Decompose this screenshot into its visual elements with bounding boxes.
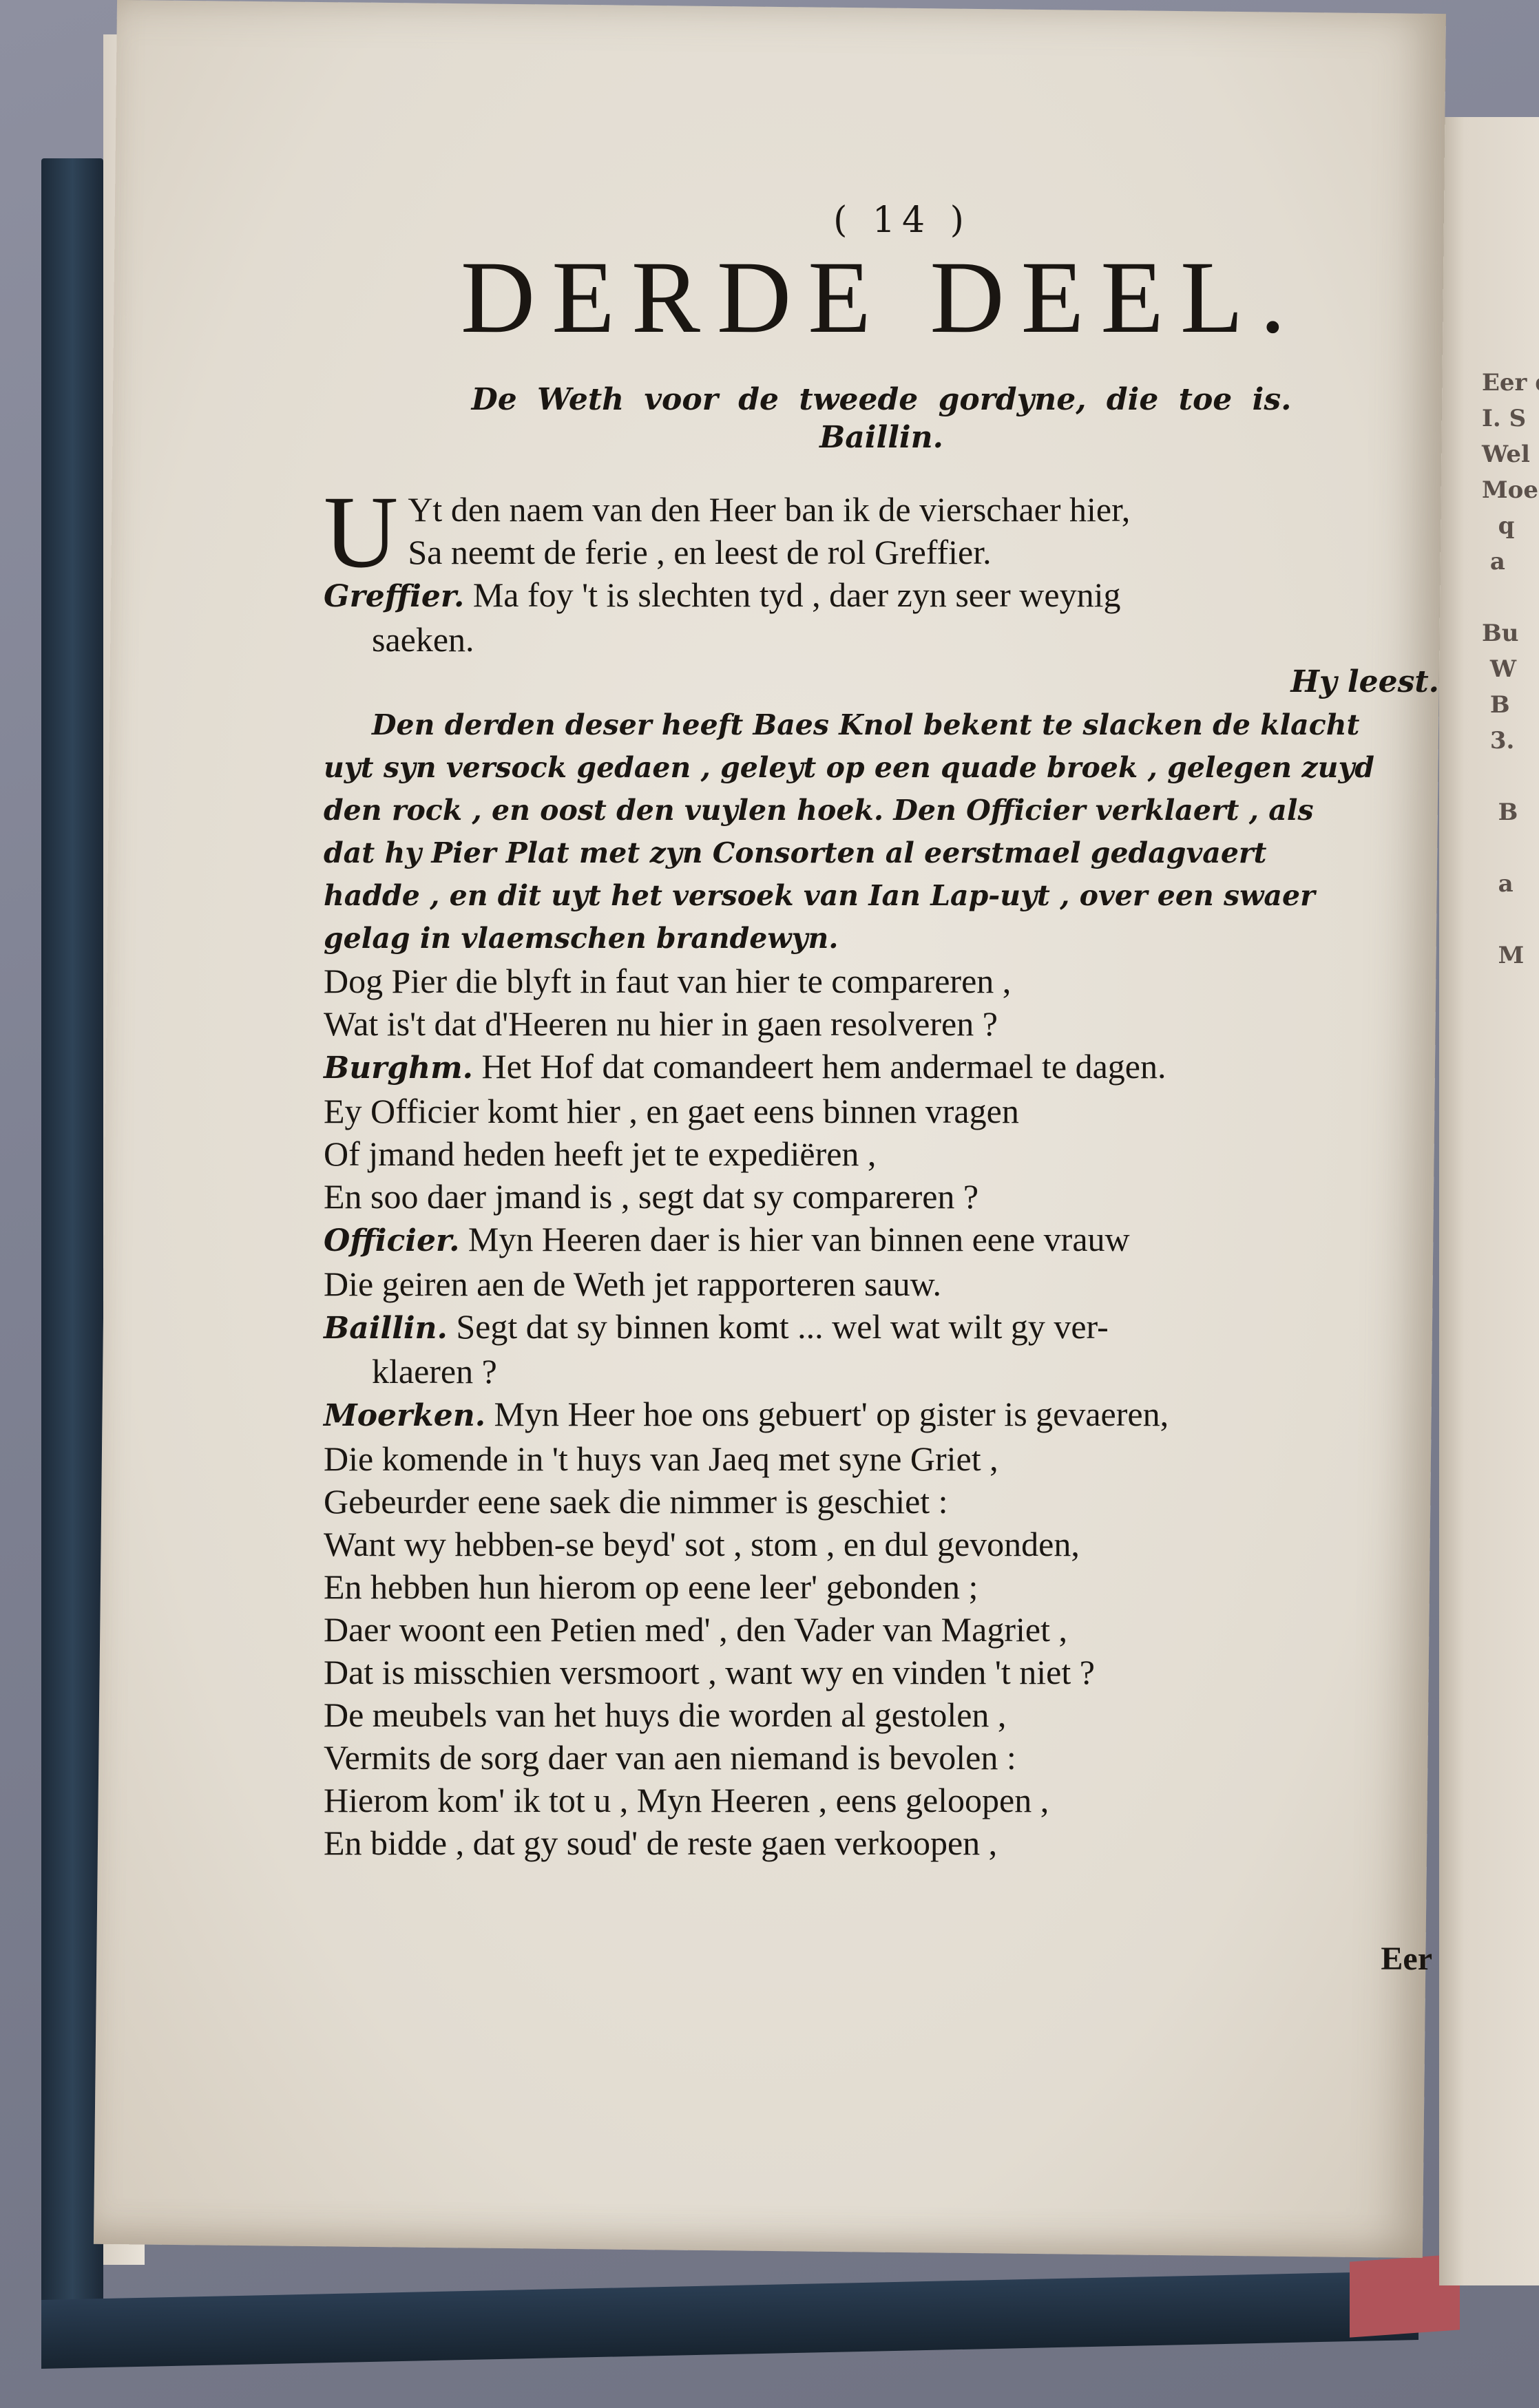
line-text: Het Hof dat comandeert hem andermael te … bbox=[473, 1047, 1166, 1086]
speech-line: Baillin. Segt dat sy binnen komt ... wel… bbox=[324, 1305, 1439, 1350]
verse-line: Gebeurder eene saek die nimmer is geschi… bbox=[324, 1480, 1439, 1523]
prose-line: den rock , en oost den vuylen hoek. Den … bbox=[324, 789, 1439, 832]
drop-cap: U bbox=[324, 491, 398, 573]
verse-line: Of jmand heden heeft jet te expediëren , bbox=[324, 1132, 1439, 1175]
line-text: Yt den naem van den Heer ban ik de viers… bbox=[408, 490, 1130, 529]
facing-page-text: Eer d I. S Wel Moe q a Bu W B 3. B a M bbox=[1439, 117, 1539, 973]
speech-line: Burghm. Het Hof dat comandeert hem ander… bbox=[324, 1045, 1439, 1090]
prose-line: gelag in vlaemschen brandewyn. bbox=[324, 917, 1439, 960]
stage-direction-heading: De Weth voor de tweede gordyne, die toe … bbox=[324, 382, 1439, 417]
verse-line: Dat is misschien versmoort , want wy en … bbox=[324, 1651, 1439, 1693]
verse-line: Die geiren aen de Weth jet rapporteren s… bbox=[324, 1263, 1439, 1305]
text-body: UYt den naem van den Heer ban ik de vier… bbox=[324, 488, 1439, 1864]
verse-line: En soo daer jmand is , segt dat sy compa… bbox=[324, 1175, 1439, 1218]
verse-line: Daer woont een Petien med' , den Vader v… bbox=[324, 1608, 1439, 1651]
verse-line: En bidde , dat gy soud' de reste gaen ve… bbox=[324, 1821, 1439, 1864]
line-text: Ma foy 't is slechten tyd , daer zyn see… bbox=[464, 575, 1120, 614]
speaker-name: Baillin. bbox=[324, 1311, 448, 1346]
verse-line: Dog Pier die blyft in faut van hier te c… bbox=[324, 960, 1439, 1002]
verse-line: Ey Officier komt hier , en gaet eens bin… bbox=[324, 1090, 1439, 1132]
speech-line: Officier. Myn Heeren daer is hier van bi… bbox=[324, 1218, 1439, 1263]
speaker-name: Greffier. bbox=[324, 579, 464, 614]
speaker-name: Burghm. bbox=[324, 1050, 473, 1086]
verse-line: klaeren ? bbox=[324, 1350, 1439, 1393]
verse-line: Sa neemt de ferie , en leest de rol Gref… bbox=[324, 531, 1439, 573]
speaker-name: Moerken. bbox=[324, 1398, 485, 1433]
first-speaker: Baillin. bbox=[324, 420, 1439, 455]
page-title: DERDE DEEL. bbox=[324, 241, 1439, 355]
verse-line: Die komende in 't huys van Jaeq met syne… bbox=[324, 1437, 1439, 1480]
speech-line: Moerken. Myn Heer hoe ons gebuert' op gi… bbox=[324, 1393, 1439, 1437]
line-text: Myn Heeren daer is hier van binnen eene … bbox=[459, 1220, 1129, 1258]
text-line: UYt den naem van den Heer ban ik de vier… bbox=[324, 488, 1439, 531]
verse-line: Wat is't dat d'Heeren nu hier in gaen re… bbox=[324, 1002, 1439, 1045]
catchword: Eer bbox=[324, 1940, 1432, 1978]
line-text: Segt dat sy binnen komt ... wel wat wilt… bbox=[448, 1307, 1109, 1346]
page-content: ( 14 ) DERDE DEEL. De Weth voor de tweed… bbox=[324, 200, 1439, 1978]
book-cover-left bbox=[41, 158, 103, 2341]
verse-line: Vermits de sorg daer van aen niemand is … bbox=[324, 1736, 1439, 1779]
page-number: ( 14 ) bbox=[365, 200, 1439, 241]
verse-line: En hebben hun hierom op eene leer' gebon… bbox=[324, 1565, 1439, 1608]
verse-line: saeken. bbox=[324, 618, 1439, 661]
verse-line: De meubels van het huys die worden al ge… bbox=[324, 1693, 1439, 1736]
prose-line: uyt syn versock gedaen , geleyt op een q… bbox=[324, 746, 1439, 789]
prose-line: dat hy Pier Plat met zyn Consorten al ee… bbox=[324, 832, 1439, 874]
verse-line: Want wy hebben-se beyd' sot , stom , en … bbox=[324, 1523, 1439, 1565]
prose-line: hadde , en dit uyt het versoek van Ian L… bbox=[324, 874, 1439, 917]
speaker-name: Officier. bbox=[324, 1223, 459, 1258]
verse-line: Hierom kom' ik tot u , Myn Heeren , eens… bbox=[324, 1779, 1439, 1821]
prose-line: Den derden deser heeft Baes Knol bekent … bbox=[324, 704, 1439, 746]
facing-page: Eer d I. S Wel Moe q a Bu W B 3. B a M bbox=[1439, 117, 1539, 2285]
book-cover-bottom bbox=[41, 2271, 1418, 2369]
speech-line: Greffier. Ma foy 't is slechten tyd , da… bbox=[324, 573, 1439, 618]
line-text: Myn Heer hoe ons gebuert' op gister is g… bbox=[485, 1395, 1169, 1433]
stage-direction: Hy leest. bbox=[324, 661, 1439, 704]
